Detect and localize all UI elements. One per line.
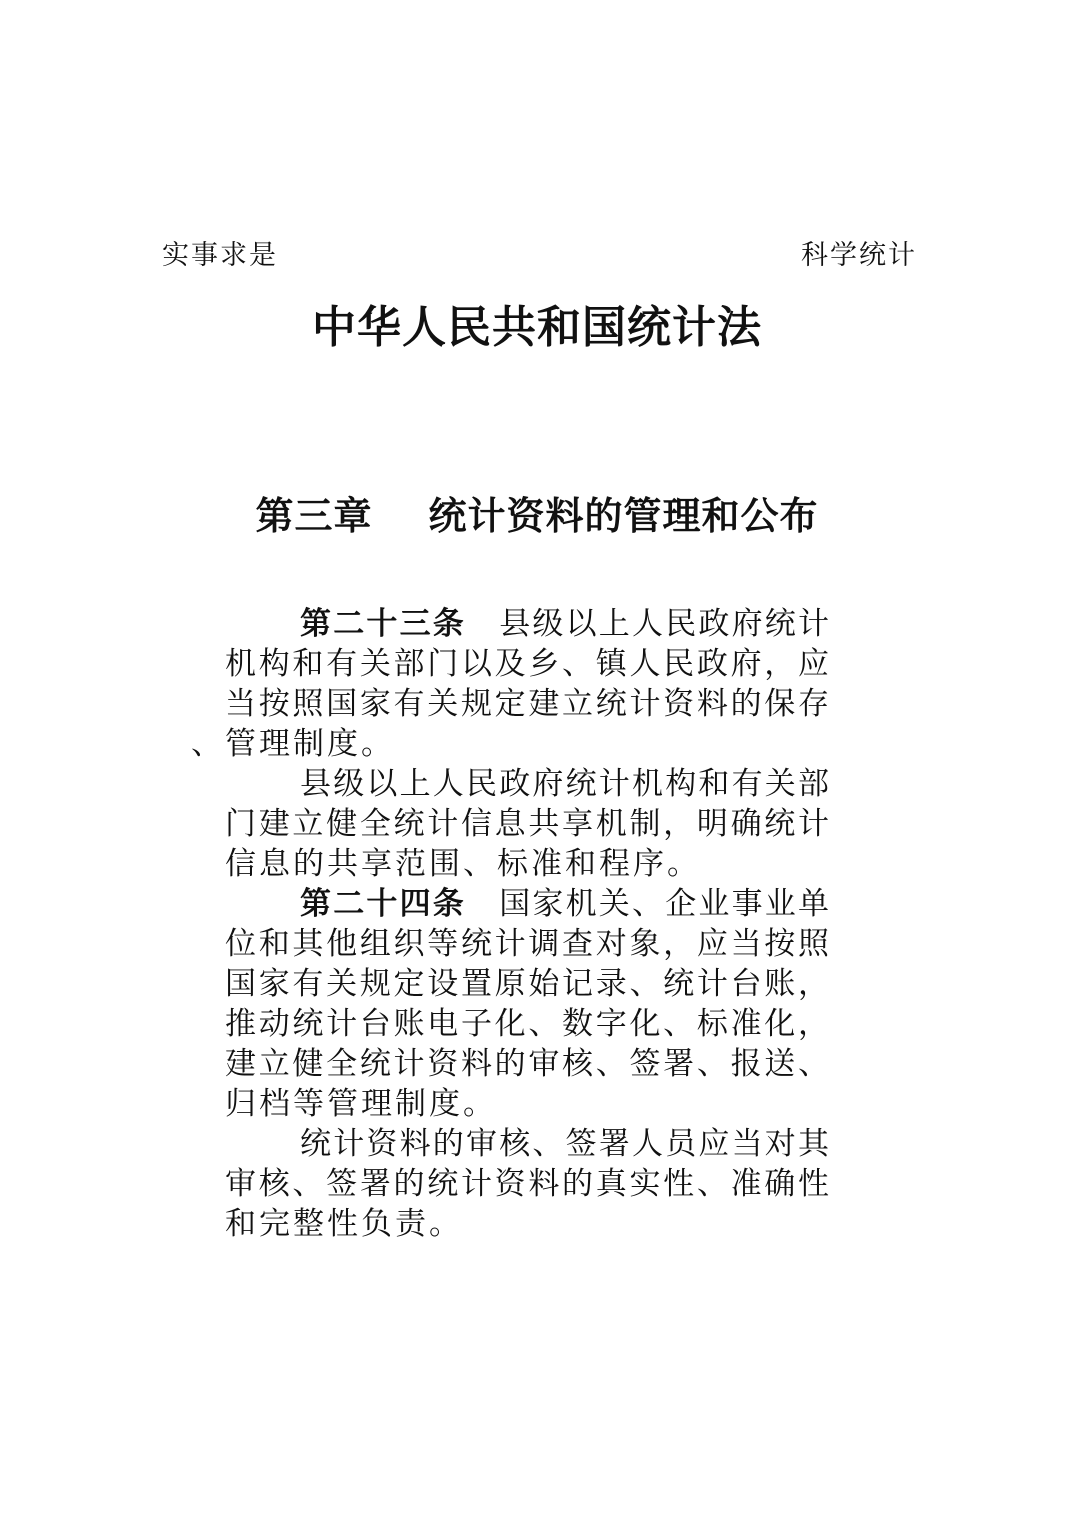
header-right-motto: 科学统计 (801, 240, 917, 271)
text-line: 、管理制度。 (225, 724, 829, 764)
line-text: 县级以上人民政府统计机构和有关部 (300, 766, 829, 802)
line-text: 审核、签署的统计资料的真实性、准确性 (225, 1166, 829, 1202)
document-page: 实事求是 科学统计 中华人民共和国统计法 第三章统计资料的管理和公布 第二十三条… (0, 0, 1074, 1520)
chapter-heading: 第三章统计资料的管理和公布 (0, 492, 1074, 540)
paragraph: 县级以上人民政府统计机构和有关部门建立健全统计信息共享机制，明确统计信息的共享范… (225, 764, 829, 884)
chapter-title: 统计资料的管理和公布 (429, 493, 819, 538)
line-text: 和完整性负责。 (225, 1206, 463, 1242)
line-text: 当按照国家有关规定建立统计资料的保存 (225, 686, 829, 722)
text-line: 第二十四条 国家机关、企业事业单 (225, 884, 829, 924)
document-body: 第二十三条 县级以上人民政府统计机构和有关部门以及乡、镇人民政府，应当按照国家有… (225, 604, 829, 1244)
paragraph: 第二十三条 县级以上人民政府统计机构和有关部门以及乡、镇人民政府，应当按照国家有… (225, 604, 829, 764)
page-header: 实事求是 科学统计 (162, 240, 917, 271)
text-line: 县级以上人民政府统计机构和有关部 (225, 764, 829, 804)
line-text: 推动统计台账电子化、数字化、标准化， (225, 1006, 829, 1042)
line-text: 位和其他组织等统计调查对象，应当按照 (225, 926, 829, 962)
text-line: 归档等管理制度。 (225, 1084, 829, 1124)
text-line: 推动统计台账电子化、数字化、标准化， (225, 1004, 829, 1044)
line-text: 信息的共享范围、标准和程序。 (225, 846, 701, 882)
line-text: 县级以上人民政府统计 (466, 606, 829, 642)
chapter-number: 第三章 (255, 493, 372, 538)
text-line: 和完整性负责。 (225, 1204, 829, 1244)
line-text: 归档等管理制度。 (225, 1086, 497, 1122)
text-line: 统计资料的审核、签署人员应当对其 (225, 1124, 829, 1164)
line-text: 国家机关、企业事业单 (466, 886, 829, 922)
article-number: 第二十四条 (300, 886, 466, 922)
line-text: 统计资料的审核、签署人员应当对其 (300, 1126, 829, 1162)
article-number: 第二十三条 (300, 606, 466, 642)
line-text: 建立健全统计资料的审核、签署、报送、 (225, 1046, 829, 1082)
line-text: 、管理制度。 (191, 726, 395, 762)
document-title: 中华人民共和国统计法 (0, 302, 1074, 355)
paragraph: 第二十四条 国家机关、企业事业单位和其他组织等统计调查对象，应当按照国家有关规定… (225, 884, 829, 1124)
text-line: 门建立健全统计信息共享机制，明确统计 (225, 804, 829, 844)
text-line: 国家有关规定设置原始记录、统计台账， (225, 964, 829, 1004)
text-line: 审核、签署的统计资料的真实性、准确性 (225, 1164, 829, 1204)
header-left-motto: 实事求是 (162, 240, 278, 271)
paragraph: 统计资料的审核、签署人员应当对其审核、签署的统计资料的真实性、准确性和完整性负责… (225, 1124, 829, 1244)
text-line: 信息的共享范围、标准和程序。 (225, 844, 829, 884)
text-line: 建立健全统计资料的审核、签署、报送、 (225, 1044, 829, 1084)
text-line: 机构和有关部门以及乡、镇人民政府，应 (225, 644, 829, 684)
text-line: 位和其他组织等统计调查对象，应当按照 (225, 924, 829, 964)
text-line: 第二十三条 县级以上人民政府统计 (225, 604, 829, 644)
line-text: 门建立健全统计信息共享机制，明确统计 (225, 806, 829, 842)
line-text: 国家有关规定设置原始记录、统计台账， (225, 966, 829, 1002)
text-line: 当按照国家有关规定建立统计资料的保存 (225, 684, 829, 724)
line-text: 机构和有关部门以及乡、镇人民政府，应 (225, 646, 829, 682)
